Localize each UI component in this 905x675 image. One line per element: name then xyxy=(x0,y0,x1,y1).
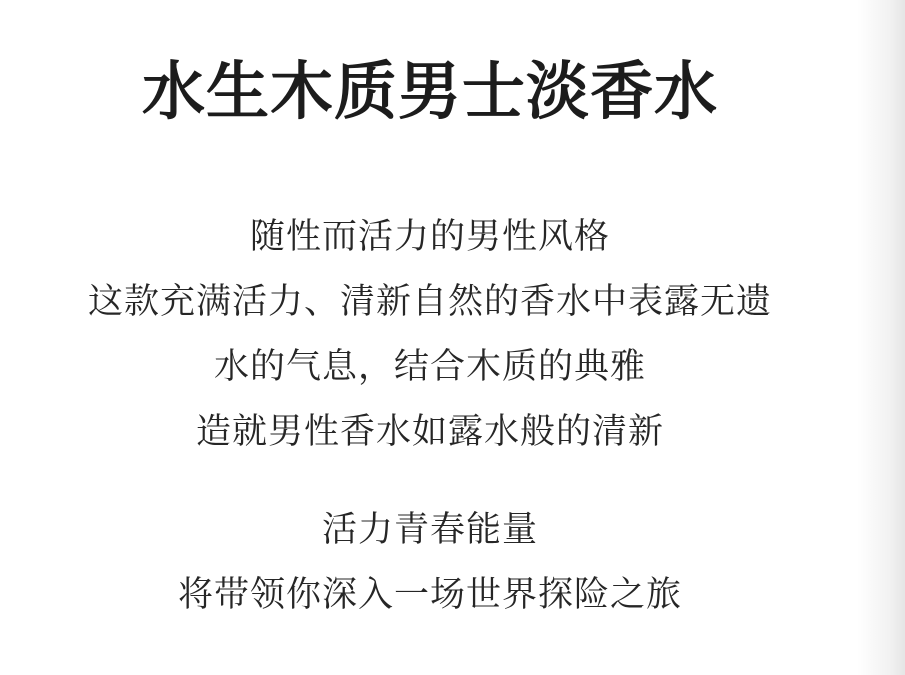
product-title: 水生木质男士淡香水 xyxy=(0,0,860,132)
page-right-edge-shadow xyxy=(857,0,905,675)
description-line: 造就男性香水如露水般的清新 xyxy=(0,399,860,464)
description-line: 随性而活力的男性风格 xyxy=(0,204,860,269)
description-line: 活力青春能量 xyxy=(0,497,860,562)
description-paragraph-one: 随性而活力的男性风格 这款充满活力、清新自然的香水中表露无遗 水的气息，结合木质… xyxy=(0,204,860,464)
description-paragraph-two: 活力青春能量 将带领你深入一场世界探险之旅 xyxy=(0,497,860,627)
description-line: 水的气息，结合木质的典雅 xyxy=(0,334,860,399)
product-description-page: 水生木质男士淡香水 随性而活力的男性风格 这款充满活力、清新自然的香水中表露无遗… xyxy=(0,0,905,675)
description-line: 这款充满活力、清新自然的香水中表露无遗 xyxy=(0,269,860,334)
description-line: 将带领你深入一场世界探险之旅 xyxy=(0,562,860,627)
description-text-block: 水生木质男士淡香水 随性而活力的男性风格 这款充满活力、清新自然的香水中表露无遗… xyxy=(0,0,860,627)
